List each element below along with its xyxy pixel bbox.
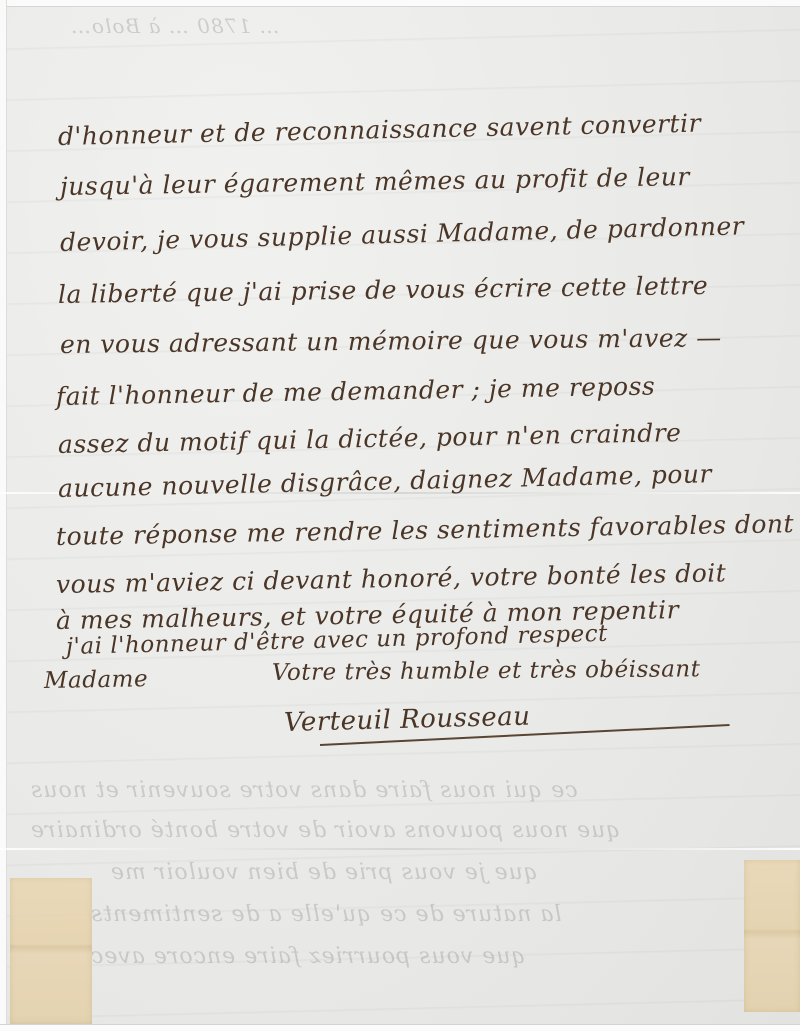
letter-line: jusqu'à leur égarement mêmes au profit d… — [60, 162, 690, 201]
signature: Verteuil Rousseau — [284, 702, 531, 738]
closing-salutation: Madame — [44, 666, 149, 694]
paper-fold-line — [0, 848, 800, 850]
paper-bottom-edge — [0, 1024, 800, 1031]
letter-line: aucune nouvelle disgrâce, daignez Madame… — [58, 459, 713, 503]
letter-line: assez du motif qui la dictée, pour n'en … — [58, 418, 682, 459]
header-bleed-through: … 1780 … à Bolo… — [70, 14, 279, 38]
tape-strip-right — [744, 860, 800, 1012]
bleed-through-line: la nature de ce qu'elle a de sentiments — [90, 902, 562, 927]
letter-line: fait l'honneur de me demander ; je me re… — [56, 372, 656, 411]
bleed-through-line: que nous pouvons avoir de votre bonté or… — [30, 818, 620, 843]
letter-line: vous m'aviez ci devant honoré, votre bon… — [56, 558, 727, 599]
letter-line: toute réponse me rendre les sentiments f… — [56, 509, 795, 551]
bleed-through-line: que je vous prie de bien vouloir me — [110, 860, 538, 885]
bleed-through-line: que vous pourriez faire encore avec — [90, 944, 526, 969]
bleed-through-line: ce qui nous faire dans votre souvenir et… — [30, 778, 578, 803]
paper-top-edge — [0, 0, 800, 7]
letter-line: d'honneur et de reconnaissance savent co… — [58, 109, 702, 151]
letter-line: en vous adressant un mémoire que vous m'… — [60, 323, 722, 359]
letter-line: la liberté que j'ai prise de vous écrire… — [58, 271, 709, 309]
letter-page: … 1780 … à Bolo… d'honneur et de reconna… — [0, 0, 800, 1031]
paper-left-edge — [0, 0, 7, 1031]
closing-line: Votre très humble et très obéissant — [272, 656, 701, 686]
tape-strip-left — [10, 878, 92, 1024]
letter-line: devoir, je vous supplie aussi Madame, de… — [60, 211, 745, 257]
